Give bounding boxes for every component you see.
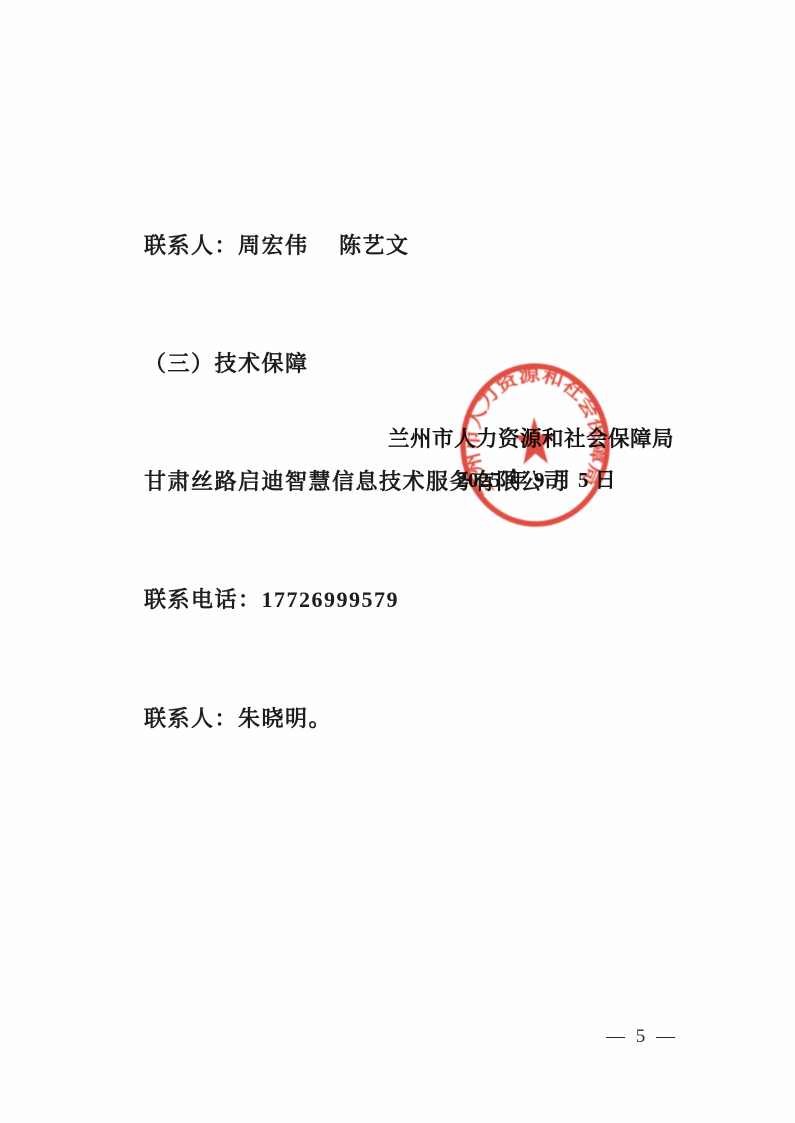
contact-line-2: 联系人：朱晓明。 [144, 699, 567, 738]
official-seal-stamp: 兰州市人力资源和社会保障局 [445, 349, 627, 539]
contact-phone-line: 联系电话：17726999579 [144, 580, 567, 619]
contact-line-1: 联系人：周宏伟 陈艺文 [144, 226, 567, 265]
page-number: — 5 — [606, 1026, 678, 1048]
seal-star-icon [514, 416, 556, 464]
document-page: 联系人：周宏伟 陈艺文 （三）技术保障 甘肃丝路启迪智慧信息技术服务有限公司 联… [0, 0, 795, 1123]
